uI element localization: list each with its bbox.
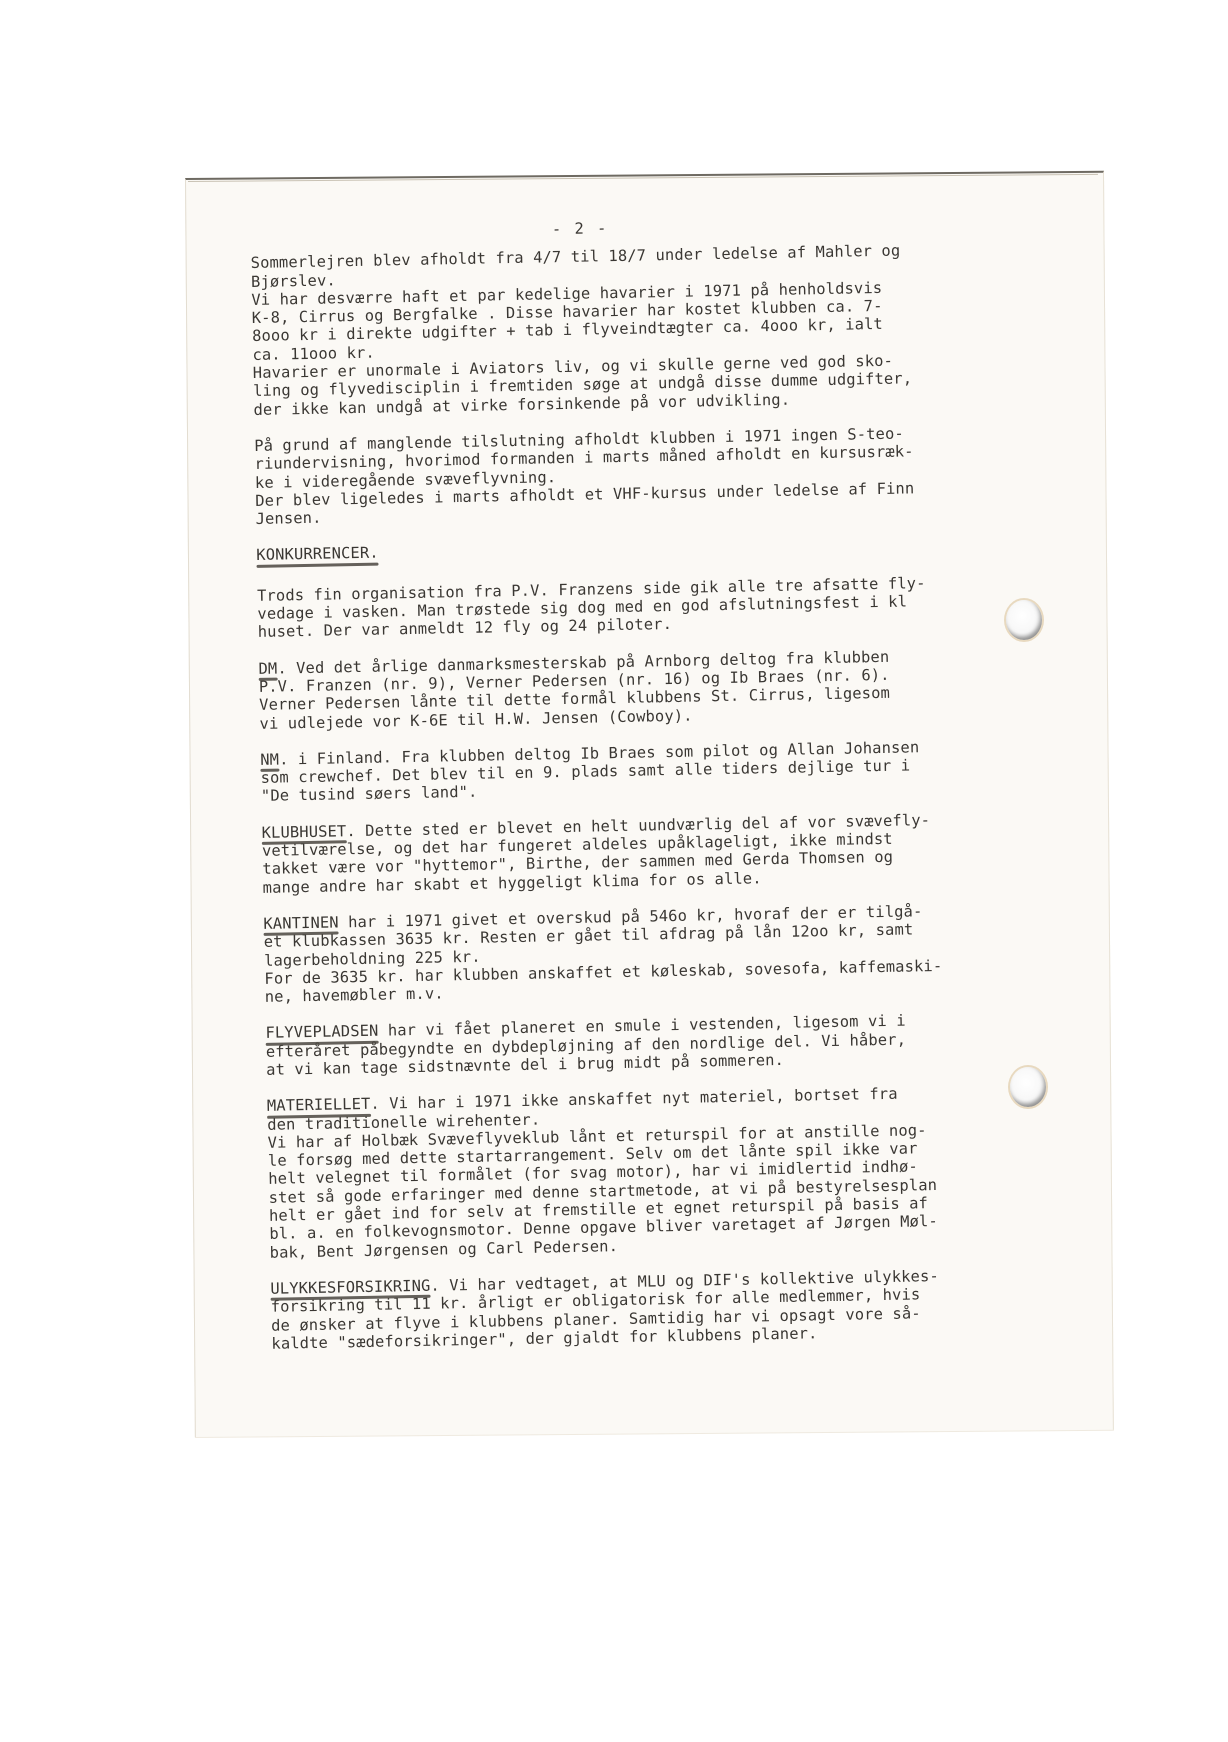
punch-hole <box>1010 1067 1046 1107</box>
sections: Trods fin organisation fra P.V. Franzens… <box>257 571 1092 1353</box>
paragraph-summer-camp: Sommerlejren blev afholdt fra 4/7 til 18… <box>251 239 1074 419</box>
section-heading: DM <box>258 659 277 678</box>
section-heading: NM <box>260 750 279 769</box>
typewritten-page: - 2 - Sommerlejren blev afholdt fra 4/7 … <box>250 210 1092 1371</box>
section-heading: MATERIELLET <box>267 1095 371 1115</box>
section-heading: KLUBHUSET <box>261 822 346 842</box>
section-heading-konkurrencer: KONKURRENCER. <box>256 544 379 565</box>
section-heading: ULYKKESFORSIKRING <box>270 1277 430 1298</box>
section-heading-block: KONKURRENCER. <box>256 531 1076 565</box>
section-heading: FLYVEPLADSEN <box>265 1022 378 1042</box>
section-heading: KANTINEN <box>263 913 339 933</box>
section-materiellet: MATERIELLET. Vi har i 1971 ikke anskaffe… <box>267 1081 1090 1261</box>
section-konkurrencer-intro: Trods fin organisation fra P.V. Franzens… <box>257 571 1078 642</box>
section-nm: NM. i Finland. Fra klubben deltog Ib Bra… <box>260 735 1081 806</box>
section-flyvepladsen: FLYVEPLADSEN har vi fået planeret en smu… <box>265 1009 1086 1080</box>
section-kantinen: KANTINEN har i 1971 givet et overskud på… <box>263 899 1085 1006</box>
section-ulykkesforsikring: ULYKKESFORSIKRING. Vi har vedtaget, at M… <box>270 1264 1091 1353</box>
punch-hole <box>1006 600 1042 640</box>
section-klubhuset: KLUBHUSET. Dette sted er blevet en helt … <box>261 808 1082 897</box>
paragraph-courses: På grund af manglende tilslutning afhold… <box>254 421 1076 528</box>
section-dm: DM. Ved det årlige danmarksmesterskab på… <box>258 644 1079 733</box>
